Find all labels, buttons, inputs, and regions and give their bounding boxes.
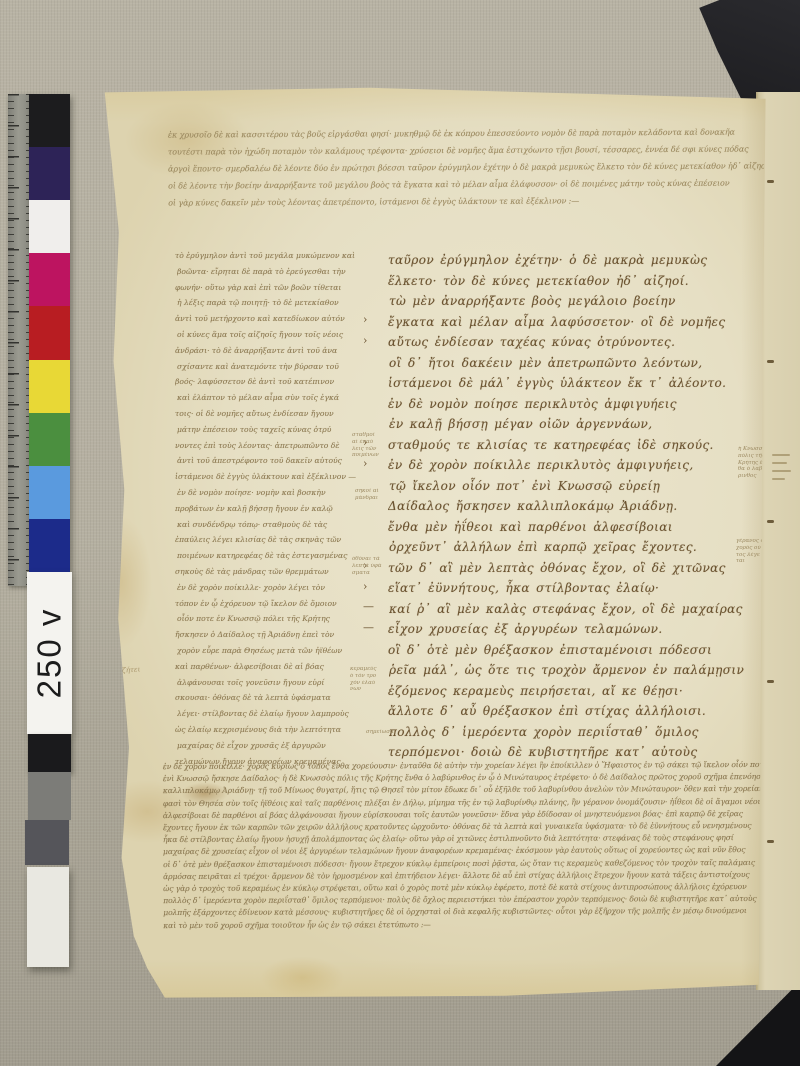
commentary-line: νοντες ἐπὶ τοὺς λέοντας· ἀπετρωπῶντο δὲ — [175, 438, 363, 454]
verse-line: αὔτως ἐνδίεσαν ταχέας κύνας ὀτρύνοντες. — [388, 332, 758, 353]
commentary-line: σκουσαι· ὀθόνας δὲ τὰ λεπτὰ ὑφάσματα — [175, 690, 363, 706]
folio-number-label: 250 v — [31, 608, 69, 699]
commentary-line: ἡ λέξις παρὰ τῷ ποιητῇ· τὸ δὲ μετεκίαθον — [177, 295, 363, 311]
diple-mark: — — [363, 601, 374, 612]
bleed-through-script — [772, 478, 785, 480]
commentary-line: καὶ παρθένων· ἀλφεσίβοιαι δὲ αἱ βόας — [175, 659, 363, 675]
color-chip-black-2 — [28, 734, 71, 772]
commentary-line: φωνήν· οὕτω γὰρ καὶ ἐπὶ τῶν βοῶν τίθεται — [175, 280, 363, 296]
commentary-line: καὶ συνδένδρῳ τόπῳ· σταθμοὺς δὲ τὰς — [177, 517, 363, 533]
commentary-line: ἱστάμενοι δὲ ἐγγὺς ὑλάκτουν καὶ ἐξέκλινο… — [175, 469, 363, 485]
binding-stitch — [767, 360, 774, 363]
commentary-line: σχίσαντε καὶ ἀνατεμόντε τὴν βύρσαν τοῦ — [177, 359, 363, 375]
gloss-line: αἱ ἐπαύ — [352, 439, 394, 446]
commentary-line: οἱ κύνες ἅμα τοῖς αἰζηοῖς ἤγουν τοῖς νέο… — [177, 327, 363, 343]
commentary-line: τοις· οἱ δὲ νομῆες αὔτως ἐνδίεσαν ἤγουν — [175, 406, 363, 422]
commentary-line: ἀνδράσι· τὸ δὲ ἀναρρήξαντε ἀντὶ τοῦ ἀνα — [175, 343, 363, 359]
commentary-line: προβάτων ἐν καλῇ βήσσῃ ἤγουν ἐν καλῷ — [175, 501, 363, 517]
color-chip-white — [29, 200, 70, 253]
verse-line: ἱστάμενοι δὲ μάλ᾽ ἐγγὺς ὑλάκτεον ἔκ τ᾽ ἀ… — [388, 373, 758, 394]
bleed-through-script — [772, 454, 790, 456]
commentary-line: λέγει· στίλβοντας δὲ ἐλαίῳ ἤγουν λαμπροὺ… — [177, 706, 363, 722]
color-chip-navy — [29, 519, 70, 572]
verse-line: οἳ δ᾽ ὁτὲ μὲν θρέξασκον ἐπισταμένοισι πό… — [388, 640, 758, 661]
verse-line: ἐν δὲ νομὸν ποίησε περικλυτὸς ἀμφιγυήεις — [388, 394, 758, 415]
commentary-line: βοῶντα· εἴρηται δὲ παρὰ τὸ ἐρεύγεσθαι τὴ… — [177, 264, 363, 280]
gloss-line: σταθμοὶ — [352, 432, 394, 439]
gloss-line: σματα — [352, 570, 396, 577]
color-chip-yellow — [29, 360, 70, 413]
verse-line: σταθμούς τε κλισίας τε κατηρεφέας ἰδὲ ση… — [388, 435, 758, 456]
gutter-gloss: ὀθόναι τὰλεπτὰ ὑφάσματα — [352, 556, 396, 576]
gloss-line: χὸν ἐλαύ — [350, 680, 392, 687]
gloss-line: ὁ τὸν τρο — [350, 673, 392, 680]
commentary-line: βοός· λαφύσσετον δὲ ἀντὶ τοῦ κατέπινον — [175, 374, 363, 390]
bottom-margin-scholia: ἐν δὲ χορὸν ποίκιλλε· χορὸς κυρίως ὁ τόπ… — [163, 759, 780, 932]
gloss-line: σηκοὶ αἱ — [355, 488, 397, 495]
color-chip-dark-gray — [25, 820, 69, 865]
gutter-gloss: σηκοὶ αἱμάνδραι — [355, 488, 397, 502]
color-chip-gray — [28, 772, 71, 820]
commentary-line: ὡς ἐλαίῳ κεχρισμένους διὰ τὴν λεπτότητα — [175, 722, 363, 738]
manuscript-photograph: { "folio_tag": { "text": "250 v" }, "bac… — [0, 0, 800, 1066]
left-commentary-column: τὸ ἐρύγμηλον ἀντὶ τοῦ μεγάλα μυκώμενον κ… — [175, 248, 363, 769]
commentary-line: ἀντὶ τοῦ ἀπεστρέφοντο τοῦ δακεῖν αὐτούς — [177, 453, 363, 469]
gloss-line: κεραμεὺς — [350, 666, 392, 673]
folio-number-tag: 250 v — [27, 572, 72, 734]
color-calibration-bar — [29, 94, 70, 572]
color-chip-light-blue — [29, 466, 70, 519]
commentary-line: μάτην ἐπέσειον τοὺς ταχεῖς κύνας ὀτρύ — [177, 422, 363, 438]
scholia-line: καὶ τὸ μὲν τοῦ χοροῦ σχῆμα τοιοῦτον ἦν ὡ… — [163, 918, 779, 932]
binding-stitch — [767, 180, 774, 183]
diple-mark: › — [363, 314, 367, 325]
diple-mark: › — [363, 581, 367, 592]
commentary-line: οἷόν ποτε ἐν Κνωσσῷ πόλει τῆς Κρήτης — [177, 611, 363, 627]
commentary-line: ἐπαύλεις λέγει κλισίας δὲ τὰς σκηνὰς τῶν — [175, 532, 363, 548]
gloss-line: νων — [350, 686, 392, 693]
scholia-line: μολπῆς ἐξάρχοντες ἐδίνευον κατὰ μέσσους·… — [163, 905, 779, 919]
verse-line: ἄλλοτε δ᾽ αὖ θρέξασκον ἐπὶ στίχας ἀλλήλο… — [388, 701, 758, 722]
scholia-line: οἱ δὲ λέοντε τὴν βοείην ἀναρρήξαντε τοῦ … — [168, 174, 764, 194]
commentary-line: ἐν δὲ χορὸν ποίκιλλε· χορὸν λέγει τὸν — [177, 580, 363, 596]
commentary-line: ἀντὶ τοῦ μετήρχοντο καὶ κατεδίωκον αὐτόν — [175, 311, 363, 327]
ruler-major-ticks — [8, 94, 19, 586]
centimeter-ruler — [8, 94, 31, 586]
verse-line: πολλὸς δ᾽ ἱμερόεντα χορὸν περιΐσταθ᾽ ὅμι… — [389, 722, 758, 743]
commentary-line: ποιμένων κατηρεφέας δὲ τὰς ἐστεγασμένας — [177, 548, 363, 564]
color-chip-red — [29, 306, 70, 359]
verse-line: εἶχον χρυσείας ἐξ ἀργυρέων τελαμώνων. — [388, 619, 758, 640]
main-text-column: ταῦρον ἐρύγμηλον ἐχέτην· ὁ δὲ μακρὰ μεμυ… — [388, 250, 758, 763]
gutter-gloss: σταθμοὶαἱ ἐπαύλεις τῶνποιμένων — [352, 432, 394, 459]
gloss-line: σημείωσαι — [366, 729, 406, 736]
bleed-through-script — [772, 470, 791, 472]
top-margin-scholia: ἐκ χρυσοῖο δὲ καὶ κασσιτέρου τὰς βοῦς εἰ… — [168, 123, 764, 211]
binding-stitch — [767, 840, 774, 843]
commentary-line: χορὸν εὗρε παρὰ Θησέως μετὰ τῶν ἠϊθέων — [177, 643, 363, 659]
color-chip-black — [29, 94, 70, 147]
manuscript-page: ἐκ χρυσοῖο δὲ καὶ κασσιτέρου τὰς βοῦς εἰ… — [100, 85, 775, 1005]
verse-line: ὀρχεῦντ᾽ ἀλλήλων ἐπὶ καρπῷ χεῖρας ἔχοντε… — [389, 537, 758, 558]
binding-stitch — [767, 520, 774, 523]
verse-line: τῶν δ᾽ αἳ μὲν λεπτὰς ὀθόνας ἔχον, οἳ δὲ … — [388, 558, 758, 579]
verse-line: τῷ ἴκελον οἷόν ποτ᾽ ἐνὶ Κνωσσῷ εὐρείῃ — [389, 476, 758, 497]
commentary-line: ἀλφάνουσαι τοῖς γονεῦσιν ἤγουν εὑρί — [177, 675, 363, 691]
color-chip-off-white — [27, 867, 69, 967]
verse-line: ἔγκατα καὶ μέλαν αἷμα λαφύσσετον· οἳ δὲ … — [388, 312, 758, 333]
gutter-gloss: κεραμεὺςὁ τὸν τροχὸν ἐλαύνων — [350, 666, 392, 693]
commentary-line: σηκοὺς δὲ τὰς μάνδρας τῶν θρεμμάτων — [175, 564, 363, 580]
gloss-line: λεπτὰ ὑφά — [352, 563, 396, 570]
verse-line: ταῦρον ἐρύγμηλον ἐχέτην· ὁ δὲ μακρὰ μεμυ… — [388, 250, 758, 271]
verse-line: οἳ δ᾽ ἤτοι δακέειν μὲν ἀπετρωπῶντο λεόντ… — [389, 353, 758, 374]
bleed-through-script — [772, 462, 787, 464]
gloss-line: μάνδραι — [355, 495, 397, 502]
commentary-line: ἐν δὲ νομὸν ποίησε· νομὴν καὶ βοσκὴν — [177, 485, 363, 501]
commentary-line: τόπον ἐν ᾧ ἐχόρευον τῷ ἴκελον δὲ ὅμοιον — [175, 596, 363, 612]
commentary-line: καὶ ἐλάπτον τὸ μέλαν αἷμα σὺν τοῖς ἐγκά — [177, 390, 363, 406]
color-chip-dark-purple — [29, 147, 70, 200]
color-chip-magenta — [29, 253, 70, 306]
verse-line: ἔνθα μὲν ἠΐθεοι καὶ παρθένοι ἀλφεσίβοιαι — [388, 517, 758, 538]
verse-line: εἵατ᾽ ἐϋννήτους, ἦκα στίλβοντας ἐλαίῳ· — [388, 578, 758, 599]
commentary-line: τὸ ἐρύγμηλον ἀντὶ τοῦ μεγάλα μυκώμενον κ… — [175, 248, 363, 264]
verse-line: ῥεῖα μάλ᾽, ὡς ὅτε τις τροχὸν ἄρμενον ἐν … — [389, 660, 758, 681]
verse-line: καί ῥ᾽ αἳ μὲν καλὰς στεφάνας ἔχον, οἳ δὲ… — [389, 599, 758, 620]
diple-mark: — — [363, 622, 374, 633]
scholia-line: οἱ γὰρ κύνες δακεῖν μὲν τοὺς λέοντας ἀπε… — [168, 191, 764, 211]
diple-mark: › — [363, 458, 367, 469]
verse-line: ἐν καλῇ βήσσῃ μέγαν οἰῶν ἀργεννάων, — [389, 414, 758, 435]
gloss-line: ὀθόναι τὰ — [352, 556, 396, 563]
verse-line: τὼ μὲν ἀναρρήξαντε βοὸς μεγάλοιο βοείην — [389, 291, 758, 312]
commentary-line: ἤσκησεν ὁ Δαίδαλος τῇ Ἀριάδνῃ ἐπεὶ τὸν — [175, 627, 363, 643]
verse-line: Δαίδαλος ἤσκησεν καλλιπλοκάμῳ Ἀριάδνῃ. — [388, 496, 758, 517]
diple-mark: › — [363, 335, 367, 346]
gloss-line: λεις τῶν — [352, 446, 394, 453]
gutter-gloss: σημείωσαι — [366, 729, 406, 736]
verse-line: ἐν δὲ χορὸν ποίκιλλε περικλυτὸς ἀμφιγυήε… — [388, 455, 758, 476]
binding-stitch — [767, 680, 774, 683]
gloss-line: ποιμένων — [352, 452, 394, 459]
left-margin-note: ζήτει — [122, 665, 141, 674]
commentary-line: μαχαίρας δὲ εἶχον χρυσᾶς ἐξ ἀργυρῶν — [177, 738, 363, 754]
color-chip-green — [29, 413, 70, 466]
verse-line: ἕλκετο· τὸν δὲ κύνες μετεκίαθον ἠδ᾽ αἰζη… — [388, 271, 758, 292]
verse-line: ἑζόμενος κεραμεὺς πειρήσεται, αἴ κε θέῃσ… — [388, 681, 758, 702]
